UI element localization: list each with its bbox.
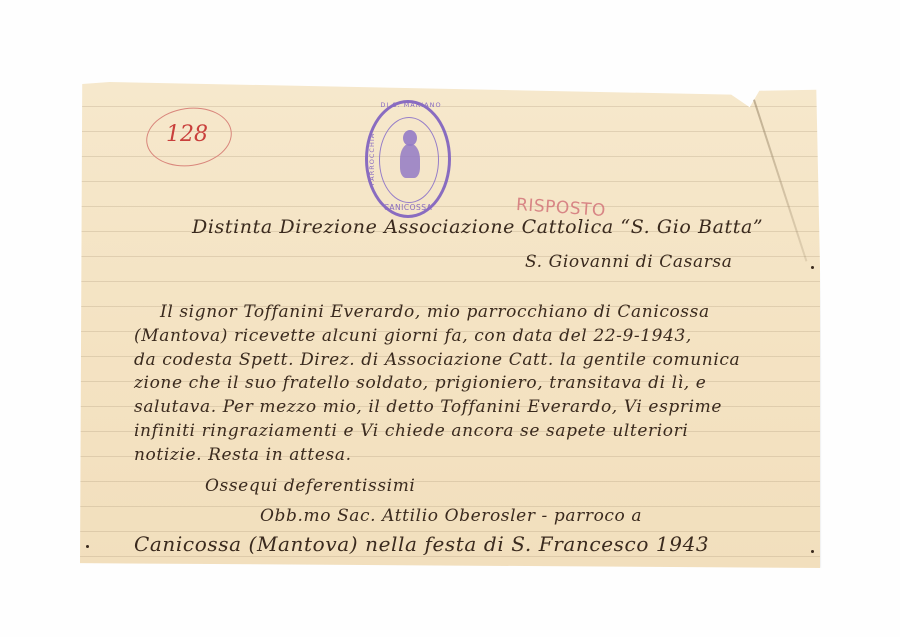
scan-background: 128 DI S. MARIANO PARROCCHIA CANICOSSA R… <box>0 0 900 637</box>
body-line: Il signor Toffanini Everardo, mio parroc… <box>160 302 710 322</box>
margin-dot <box>811 550 814 553</box>
stamp-inner-ring <box>379 117 439 203</box>
body-line: infiniti ringraziamenti e Vi chiede anco… <box>134 421 688 441</box>
signature: Obb.mo Sac. Attilio Oberosler - parroco … <box>260 506 642 526</box>
parish-stamp: DI S. MARIANO PARROCCHIA CANICOSSA <box>365 100 451 218</box>
margin-dot <box>811 266 814 269</box>
addressee-line-2: S. Giovanni di Casarsa <box>525 252 733 272</box>
stamp-text-left: PARROCCHIA <box>368 133 376 185</box>
body-line: da codesta Spett. Direz. di Associazione… <box>134 350 740 370</box>
body-line: salutava. Per mezzo mio, il detto Toffan… <box>134 397 722 417</box>
body-line: (Mantova) ricevette alcuni giorni fa, co… <box>134 326 692 346</box>
stamp-text-top: DI S. MARIANO <box>376 101 446 109</box>
catalog-number: 128 <box>166 122 208 147</box>
place-and-date: Canicossa (Mantova) nella festa di S. Fr… <box>134 532 709 556</box>
body-line: notizie. Resta in attesa. <box>134 445 352 465</box>
stamp-text-bottom: CANICOSSA <box>368 203 448 212</box>
body-line: zione che il suo fratello soldato, prigi… <box>134 373 706 393</box>
addressee-line-1: Distinta Direzione Associazione Cattolic… <box>192 216 763 238</box>
saint-figure-icon <box>400 144 420 178</box>
margin-dot <box>86 545 89 548</box>
closing-salutation: Ossequi deferentissimi <box>205 476 415 496</box>
